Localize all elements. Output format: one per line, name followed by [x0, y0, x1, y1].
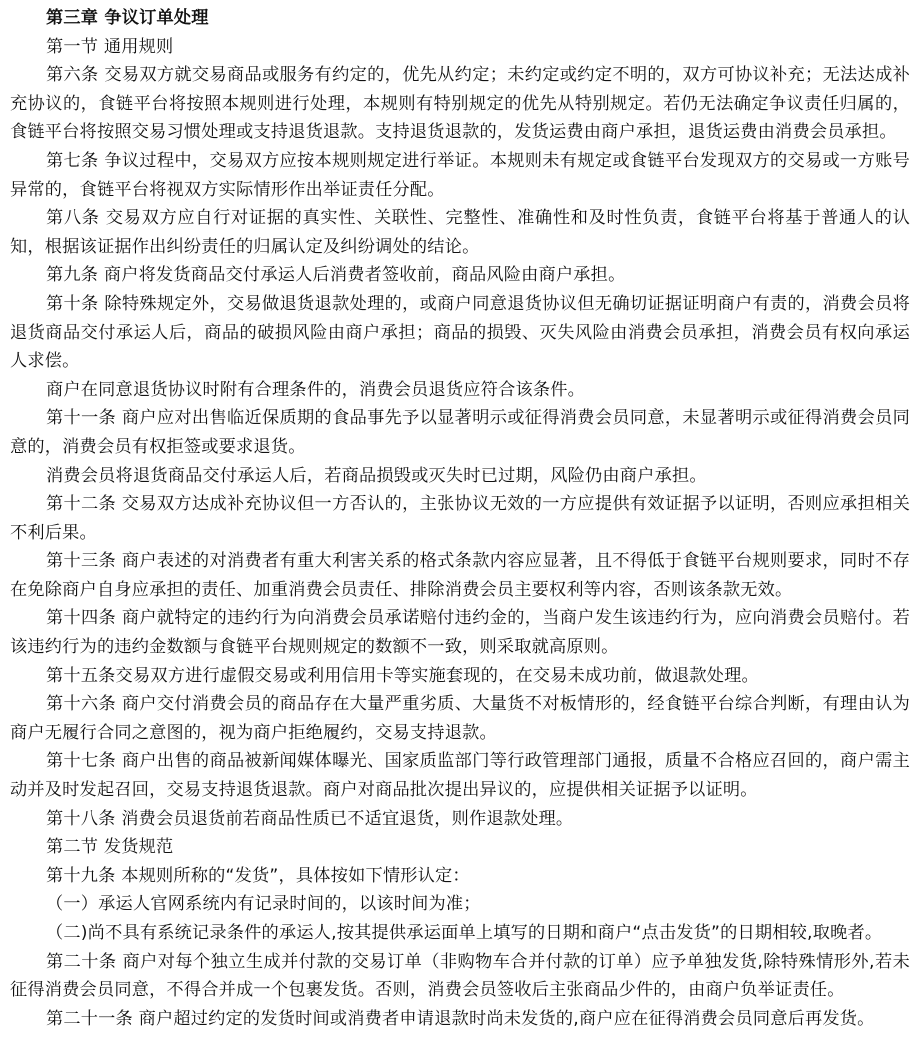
- article-9: 第九条 商户将发货商品交付承运人后消费者签收前，商品风险由商户承担。: [10, 261, 910, 290]
- article-10-clause: 商户在同意退货协议时附有合理条件的，消费会员退货应符合该条件。: [10, 376, 910, 405]
- article-21: 第二十一条 商户超过约定的发货时间或消费者申请退款时尚未发货的,商户应在征得消费…: [10, 1005, 910, 1034]
- article-8: 第八条 交易双方应自行对证据的真实性、关联性、完整性、准确性和及时性负责，食链平…: [10, 204, 910, 261]
- section-title: 第二节 发货规范: [10, 833, 910, 862]
- article-19-item-1: （一）承运人官网系统内有记录时间的，以该时间为准；: [10, 890, 910, 919]
- article-12: 第十二条 交易双方达成补充协议但一方否认的，主张协议无效的一方应提供有效证据予以…: [10, 490, 910, 547]
- article-13: 第十三条 商户表述的对消费者有重大利害关系的格式条款内容应显著，且不得低于食链平…: [10, 547, 910, 604]
- article-20: 第二十条 商户对每个独立生成并付款的交易订单（非购物车合并付款的订单）应予单独发…: [10, 948, 910, 1005]
- article-19: 第十九条 本规则所称的“发货”，具体按如下情形认定：: [10, 862, 910, 891]
- section-title: 第一节 通用规则: [10, 33, 910, 62]
- article-6: 第六条 交易双方就交易商品或服务有约定的，优先从约定；未约定或约定不明的，双方可…: [10, 61, 910, 147]
- article-15: 第十五条交易双方进行虚假交易或利用信用卡等实施套现的，在交易未成功前，做退款处理…: [10, 662, 910, 691]
- article-10: 第十条 除特殊规定外，交易做退货退款处理的，或商户同意退货协议但无确切证据证明商…: [10, 290, 910, 376]
- article-14: 第十四条 商户就特定的违约行为向消费会员承诺赔付违约金的，当商户发生该违约行为，…: [10, 604, 910, 661]
- article-18: 第十八条 消费会员退货前若商品性质已不适宜退货，则作退款处理。: [10, 805, 910, 834]
- document-page: 第三章 争议订单处理 第一节 通用规则 第六条 交易双方就交易商品或服务有约定的…: [0, 0, 920, 1033]
- article-7: 第七条 争议过程中，交易双方应按本规则规定进行举证。本规则未有规定或食链平台发现…: [10, 147, 910, 204]
- article-17: 第十七条 商户出售的商品被新闻媒体曝光、国家质监部门等行政管理部门通报，质量不合…: [10, 747, 910, 804]
- article-16: 第十六条 商户交付消费会员的商品存在大量严重劣质、大量货不对板情形的，经食链平台…: [10, 690, 910, 747]
- article-11-clause: 消费会员将退货商品交付承运人后，若商品损毁或灭失时已过期，风险仍由商户承担。: [10, 462, 910, 491]
- chapter-title: 第三章 争议订单处理: [10, 4, 910, 33]
- article-11: 第十一条 商户应对出售临近保质期的食品事先予以显著明示或征得消费会员同意，未显著…: [10, 404, 910, 461]
- article-19-item-2: （二)尚不具有系统记录条件的承运人,按其提供承运面单上填写的日期和商户“点击发货…: [10, 919, 910, 948]
